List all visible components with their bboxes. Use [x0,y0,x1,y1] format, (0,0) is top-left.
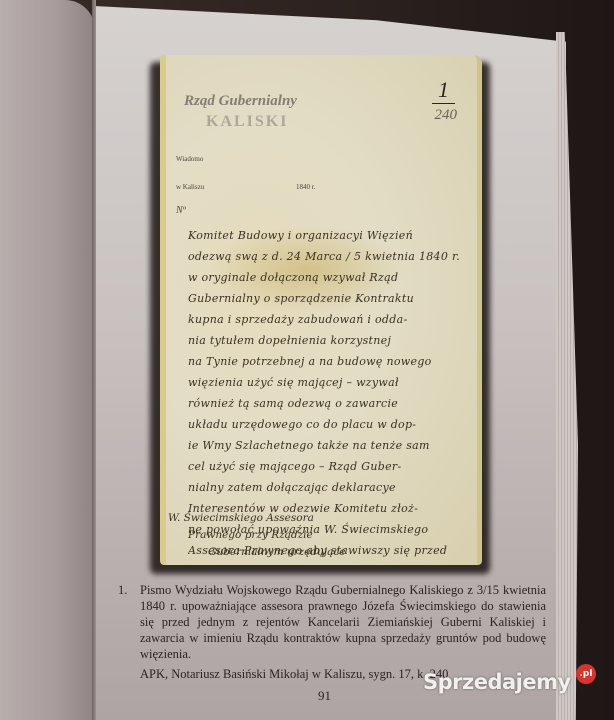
letterhead-subtitle: KALISKI [206,113,288,131]
document-folio: 240 [435,107,458,124]
addressee-line: Prawnego przy Rządzie [168,527,345,544]
form-label-year: 1840 r. [296,183,315,191]
handwriting-line: na Tynie potrzebnej a na budowę nowego [188,351,467,372]
document-number: 1 [432,77,455,104]
handwriting-line: odezwą swą z d. 24 Marca / 5 kwietnia 18… [188,246,467,267]
watermark-logo: Sprzedajemy [423,670,571,694]
handwriting-line: kupna i sprzedaży zabudowań i odda- [188,309,467,330]
form-label-nr: Nº [176,205,186,216]
form-label-place: w Kaliszu [176,183,204,191]
page-number: 91 [318,688,331,704]
handwriting-line: układu urzędowego co do placu w dop- [188,414,467,435]
archival-document-photo: Rząd Gubernialny KALISKI 1 240 Wiadomo w… [160,55,482,565]
addressee-block: W. Świecimskiego Assesora Prawnego przy … [168,510,345,561]
figure-caption: 1. Pismo Wydziału Wojskowego Rządu Guber… [118,582,546,682]
handwriting-line: cel użyć się mającego – Rząd Guber- [188,456,467,477]
handwriting-line: jednym z Rejentów Kancellaryi Ziemiań- [188,561,467,565]
addressee-line: W. Świecimskiego Assesora [168,510,345,527]
handwriting-line: ie Wmy Szlachetnego także na tenże sam [188,435,467,456]
handwriting-line: nialny zatem dołączając deklaracye [188,477,467,498]
handwriting-line: Komitet Budowy i organizacyi Więzień [188,225,467,246]
handwriting-line: również tą samą odezwą o zawarcie [188,393,467,414]
left-page [0,0,95,720]
handwriting-line: Gubernialny o sporządzenie Kontraktu [188,288,467,309]
caption-text: Pismo Wydziału Wojskowego Rządu Gubernia… [140,582,546,662]
letterhead-title: Rząd Gubernialny [184,93,297,110]
caption-number: 1. [118,582,140,662]
handwriting-line: nia tytułem dopełnienia korzystnej [188,330,467,351]
handwriting-line: w oryginale dołączoną wzywał Rząd [188,267,467,288]
addressee-line: Gubernialnym urzędujące [168,544,345,561]
book-spine [92,0,96,720]
handwriting-line: więzienia użyć się mającej – wzywał [188,372,467,393]
form-label-wiadomo: Wiadomo [176,155,203,163]
watermark-badge: .pl [576,664,596,684]
